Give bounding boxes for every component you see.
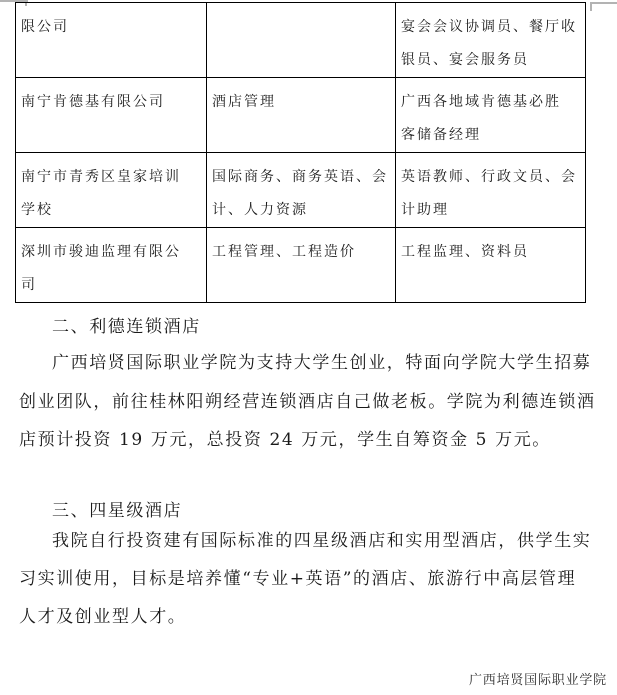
table-cell-company: 南宁肯德基有限公司 (16, 78, 207, 153)
footer-school-name: 广西培贤国际职业学院 (469, 669, 607, 688)
table-row: 深圳市骏迪监理有限公 司 工程管理、工程造价 工程监理、资料员 (16, 228, 586, 303)
document-page: 限公司 宴会会议协调员、餐厅收 银员、宴会服务员 南宁肯德基有限公司 酒店管理 … (0, 0, 617, 695)
table-cell-positions: 英语教师、行政文员、会 计助理 (396, 153, 586, 228)
table-cell-company: 南宁市青秀区皇家培训 学校 (16, 153, 207, 228)
section-2-paragraph-line: 创业团队，前往桂林阳朔经营连锁酒店自己做老板。学院为利德连锁酒 (19, 392, 596, 412)
section-3-paragraph-line: 我院自行投资建有国际标准的四星级酒店和实用型酒店，供学生实 (52, 531, 591, 551)
table-cell-positions: 广西各地域肯德基必胜 客储备经理 (396, 78, 586, 153)
table-row: 南宁市青秀区皇家培训 学校 国际商务、商务英语、会 计、人力资源 英语教师、行政… (16, 153, 586, 228)
section-3-paragraph-line: 习实训使用，目标是培养懂“专业+英语”的酒店、旅游行中高层管理 (19, 569, 576, 589)
table-cell-majors: 国际商务、商务英语、会 计、人力资源 (207, 153, 396, 228)
table-row: 南宁肯德基有限公司 酒店管理 广西各地域肯德基必胜 客储备经理 (16, 78, 586, 153)
section-2-paragraph-line: 广西培贤国际职业学院为支持大学生创业，特面向学院大学生招募 (52, 353, 591, 373)
table-cell-majors: 工程管理、工程造价 (207, 228, 396, 303)
table-cell-positions: 工程监理、资料员 (396, 228, 586, 303)
table-cell-company: 深圳市骏迪监理有限公 司 (16, 228, 207, 303)
section-2-heading: 二、利德连锁酒店 (52, 317, 201, 337)
section-3-paragraph-line: 人才及创业型人才。 (19, 607, 186, 627)
table-cell-positions: 宴会会议协调员、餐厅收 银员、宴会服务员 (396, 3, 586, 78)
table-cell-company: 限公司 (16, 3, 207, 78)
section-3-heading: 三、四星级酒店 (52, 501, 182, 521)
table-cell-majors: 酒店管理 (207, 78, 396, 153)
table-row: 限公司 宴会会议协调员、餐厅收 银员、宴会服务员 (16, 3, 586, 78)
page-edge-artifact-top-right (590, 2, 617, 4)
section-2-paragraph-line: 店预计投资 19 万元，总投资 24 万元，学生自筹资金 5 万元。 (19, 430, 551, 450)
page-edge-artifact-top-right-tick (590, 2, 592, 11)
table-cell-majors (207, 3, 396, 78)
employer-recruitment-table: 限公司 宴会会议协调员、餐厅收 银员、宴会服务员 南宁肯德基有限公司 酒店管理 … (15, 2, 586, 303)
